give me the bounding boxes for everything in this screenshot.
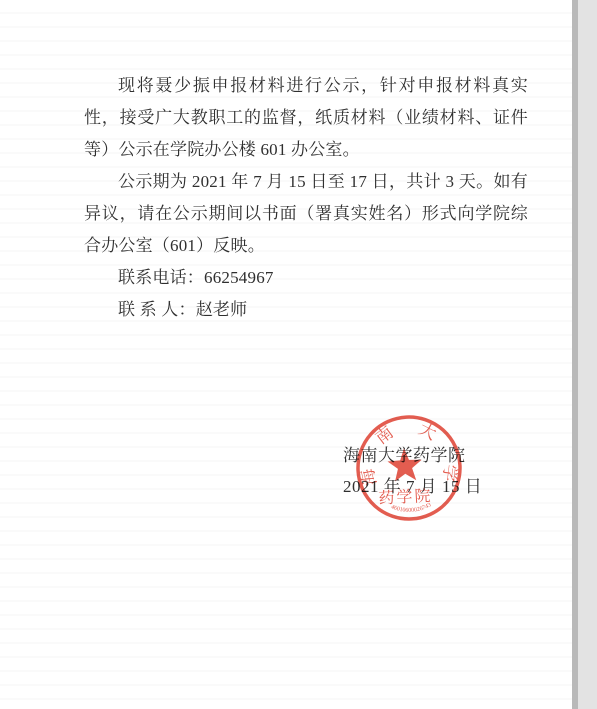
contact-person-line: 联 系 人：赵老师 bbox=[84, 294, 528, 326]
official-seal-stamp: 海 南 大 学 药学院 46010600026743 bbox=[349, 408, 469, 528]
seal-arc-char-4: 学 bbox=[439, 463, 460, 482]
notice-body: 现将聂少振申报材料进行公示，针对申报材料真实性，接受广大教职工的监督，纸质材料（… bbox=[84, 70, 528, 326]
body-paragraph-period: 公示期为 2021 年 7 月 15 日至 17 日，共计 3 天。如有异议，请… bbox=[84, 166, 528, 262]
body-paragraph-materials: 现将聂少振申报材料进行公示，针对申报材料真实性，接受广大教职工的监督，纸质材料（… bbox=[84, 70, 528, 166]
document-viewer: 现将聂少振申报材料进行公示，针对申报材料真实性，接受广大教职工的监督，纸质材料（… bbox=[0, 0, 597, 709]
seal-arc-char-1: 海 bbox=[358, 467, 380, 488]
seal-bottom-text: 药学院 bbox=[378, 487, 433, 508]
document-page[interactable]: 现将聂少振申报材料进行公示，针对申报材料真实性，接受广大教职工的监督，纸质材料（… bbox=[0, 0, 578, 709]
page-edge bbox=[584, 0, 597, 709]
star-icon bbox=[387, 447, 423, 481]
seal-arc-char-2: 南 bbox=[372, 423, 397, 448]
contact-phone-line: 联系电话：66254967 bbox=[84, 262, 528, 294]
